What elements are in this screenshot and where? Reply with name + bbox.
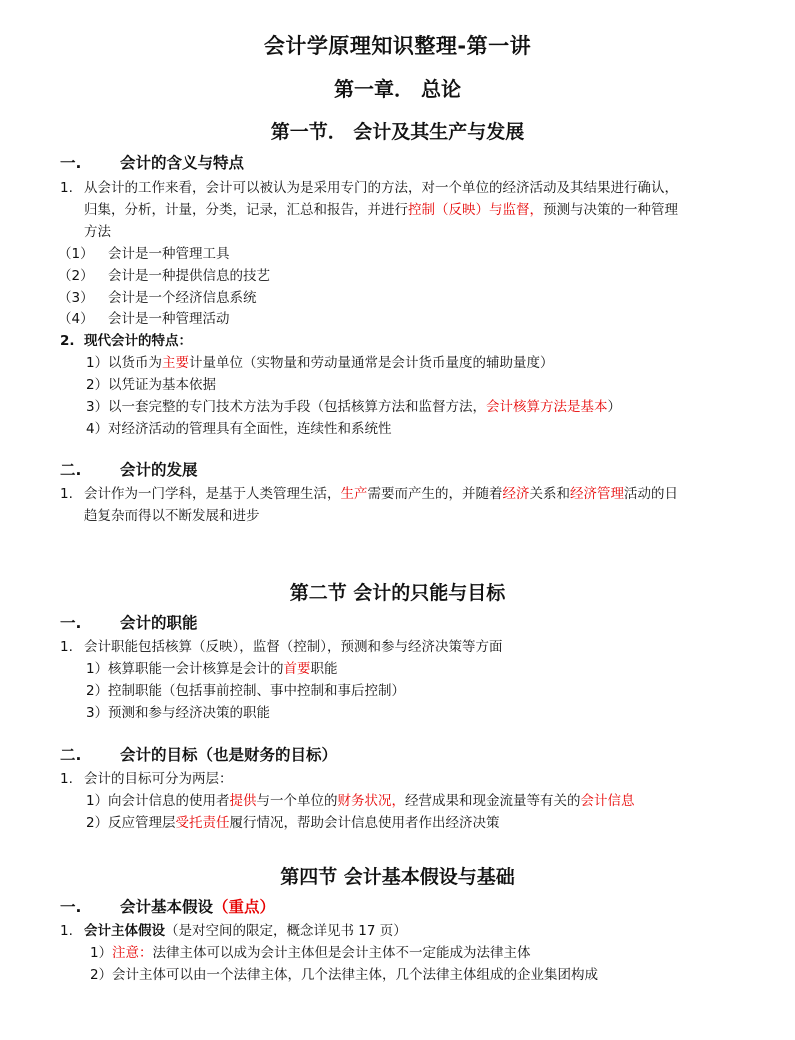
list-item: 4）对经济活动的管理具有全面性，连续性和系统性 xyxy=(86,417,392,437)
highlight-text: 控制（反映）与监督， xyxy=(408,202,543,218)
highlight-text: 会计核算方法是基本 xyxy=(486,399,608,415)
list-item: 1）注意：法律主体可以成为会计主体但是会计主体不一定能成为法律主体 xyxy=(90,941,531,961)
list-item: 1）核算职能一会计核算是会计的首要职能 xyxy=(86,657,338,677)
list-item: 2）会计主体可以由一个法律主体，几个法律主体，几个法律主体组成的企业集团构成 xyxy=(90,963,598,983)
section-heading-1: 第一节． 会计及其生产与发展 xyxy=(0,117,795,144)
highlight-text: 经济管理 xyxy=(570,486,624,502)
paragraph-line: 1.从会计的工作来看，会计可以被认为是采用专门的方法，对一个单位的经济活动及其结… xyxy=(60,176,678,196)
highlight-text: 财务状况， xyxy=(338,793,406,809)
highlight-text: 会计信息 xyxy=(581,793,635,809)
list-item: （4）会计是一种管理活动 xyxy=(58,307,230,327)
list-item: （2）会计是一种提供信息的技艺 xyxy=(58,264,270,284)
chapter-heading: 第一章． 总论 xyxy=(0,73,795,102)
paragraph-heading: 2.现代会计的特点： xyxy=(60,329,192,349)
paragraph-line: 1.会计主体假设（是对空间的限定，概念详见书 17 页） xyxy=(60,919,407,939)
highlight-text: 生产 xyxy=(341,486,368,502)
highlight-text: 经济 xyxy=(503,486,530,502)
paragraph-line: 方法 xyxy=(84,220,111,240)
list-item: 3）预测和参与经济决策的职能 xyxy=(86,701,270,721)
paragraph-line: 1.会计作为一门学科，是基于人类管理生活，生产需要而产生的，并随着经济关系和经济… xyxy=(60,482,678,502)
list-item: 1）向会计信息的使用者提供与一个单位的财务状况，经营成果和现金流量等有关的会计信… xyxy=(86,789,635,809)
section-heading-2: 第二节 会计的只能与目标 xyxy=(0,578,795,605)
list-item: 2）以凭证为基本依据 xyxy=(86,373,216,393)
paragraph-line: 1.会计职能包括核算（反映），监督（控制），预测和参与经济决策等方面 xyxy=(60,635,503,655)
list-item: 3）以一套完整的专门技术方法为手段（包括核算方法和监督方法，会计核算方法是基本） xyxy=(86,395,621,415)
list-item: 1）以货币为主要计量单位（实物量和劳动量通常是会计货币量度的辅助量度） xyxy=(86,351,554,371)
list-item: 2）控制职能（包括事前控制、事中控制和事后控制） xyxy=(86,679,405,699)
highlight-text: 提供 xyxy=(230,793,257,809)
subsection-heading: 一.会计的含义与特点 xyxy=(60,151,244,173)
subsection-heading: 二.会计的目标（也是财务的目标） xyxy=(60,743,337,765)
paragraph-line: 归集，分析，计量，分类，记录，汇总和报告，并进行控制（反映）与监督，预测与决策的… xyxy=(84,198,678,218)
highlight-text: 注意： xyxy=(112,945,153,961)
highlight-text: 主要 xyxy=(162,355,189,371)
list-item: （1）会计是一种管理工具 xyxy=(58,242,230,262)
subsection-heading: 一.会计的职能 xyxy=(60,611,198,633)
section-heading-4: 第四节 会计基本假设与基础 xyxy=(0,862,795,889)
document-page: 会计学原理知识整理-第一讲 第一章． 总论 第一节． 会计及其生产与发展 一.会… xyxy=(0,0,795,1040)
list-item: （3）会计是一个经济信息系统 xyxy=(58,286,257,306)
highlight-text: 受托责任 xyxy=(176,815,230,831)
subsection-heading: 二.会计的发展 xyxy=(60,458,198,480)
list-item: 2）反应管理层受托责任履行情况，帮助会计信息使用者作出经济决策 xyxy=(86,811,500,831)
highlight-text: （重点） xyxy=(213,898,275,916)
paragraph-line: 趋复杂而得以不断发展和进步 xyxy=(84,504,260,524)
paragraph-line: 1.会计的目标可分为两层： xyxy=(60,767,233,787)
subsection-heading: 一.会计基本假设（重点） xyxy=(60,895,275,917)
document-title: 会计学原理知识整理-第一讲 xyxy=(0,30,795,60)
highlight-text: 首要 xyxy=(284,661,311,677)
